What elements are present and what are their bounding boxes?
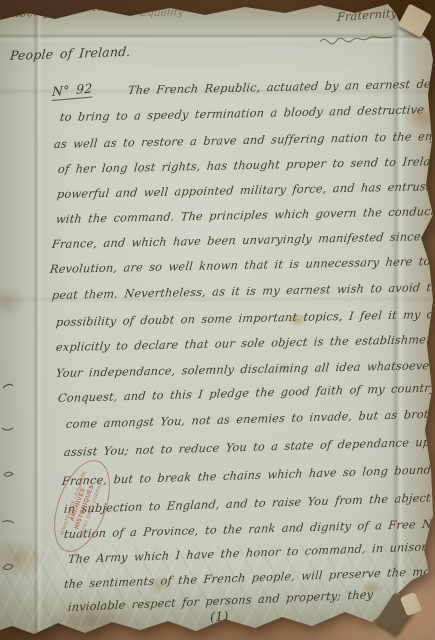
- body-line: in subjection to England, and to raise Y…: [63, 491, 435, 516]
- body-line: France, and which have been unvaryingly …: [51, 230, 435, 251]
- paper-shadow-wrap: Liberty N°. 1 Equality Fraternity People…: [0, 0, 435, 640]
- header-word-equality: Equality: [139, 7, 184, 19]
- body-line: Your independance, solemnly disclaiming …: [55, 359, 435, 380]
- ink-bleed-marks: [0, 380, 16, 610]
- header-word-fraternity: Fraternity: [337, 7, 398, 24]
- manuscript-page: Liberty N°. 1 Equality Fraternity People…: [0, 0, 435, 640]
- photograph: Liberty N°. 1 Equality Fraternity People…: [0, 0, 435, 640]
- body-line: explicitly to declare that our sole obje…: [55, 333, 435, 354]
- body-line: the sentiments of the French people, wil…: [63, 565, 435, 591]
- body-line: The Army which I have the honor to comma…: [67, 539, 435, 566]
- body-line: possibility of doubt on some important t…: [55, 308, 435, 329]
- header-number: N°. 1: [93, 2, 124, 14]
- page-number: (1): [210, 610, 229, 626]
- body-line: tuation of a Province, to the rank and d…: [63, 517, 435, 541]
- document-number: N° 92: [52, 80, 93, 101]
- illegible-annotation-scribble: [318, 31, 399, 47]
- body-line: Revolution, are so well known that it is…: [49, 255, 435, 276]
- body-line: to bring to a speedy termination a blood…: [59, 103, 435, 124]
- body-line: The French Republic, actuated by an earn…: [127, 77, 435, 97]
- body-line: with the command. The principles which g…: [55, 205, 435, 226]
- body-line: Conquest, and to this I pledge the good …: [57, 381, 435, 405]
- body-line: powerful and well appointed military for…: [56, 179, 435, 201]
- body-line: assist You; not to reduce You to a state…: [63, 435, 435, 459]
- body-line: peat them. Nevertheless, as it is my ear…: [51, 281, 435, 302]
- header-word-liberty: Liberty: [7, 5, 51, 20]
- addressee: People of Ireland.: [9, 44, 131, 63]
- body-line: come amongst You, not as enemies to inva…: [65, 407, 435, 431]
- body-line: as well as to restore a brave and suffer…: [53, 129, 435, 151]
- body-line: France, but to break the chains which ha…: [61, 463, 435, 489]
- body-line: of her long lost rights, has thought pro…: [57, 155, 435, 176]
